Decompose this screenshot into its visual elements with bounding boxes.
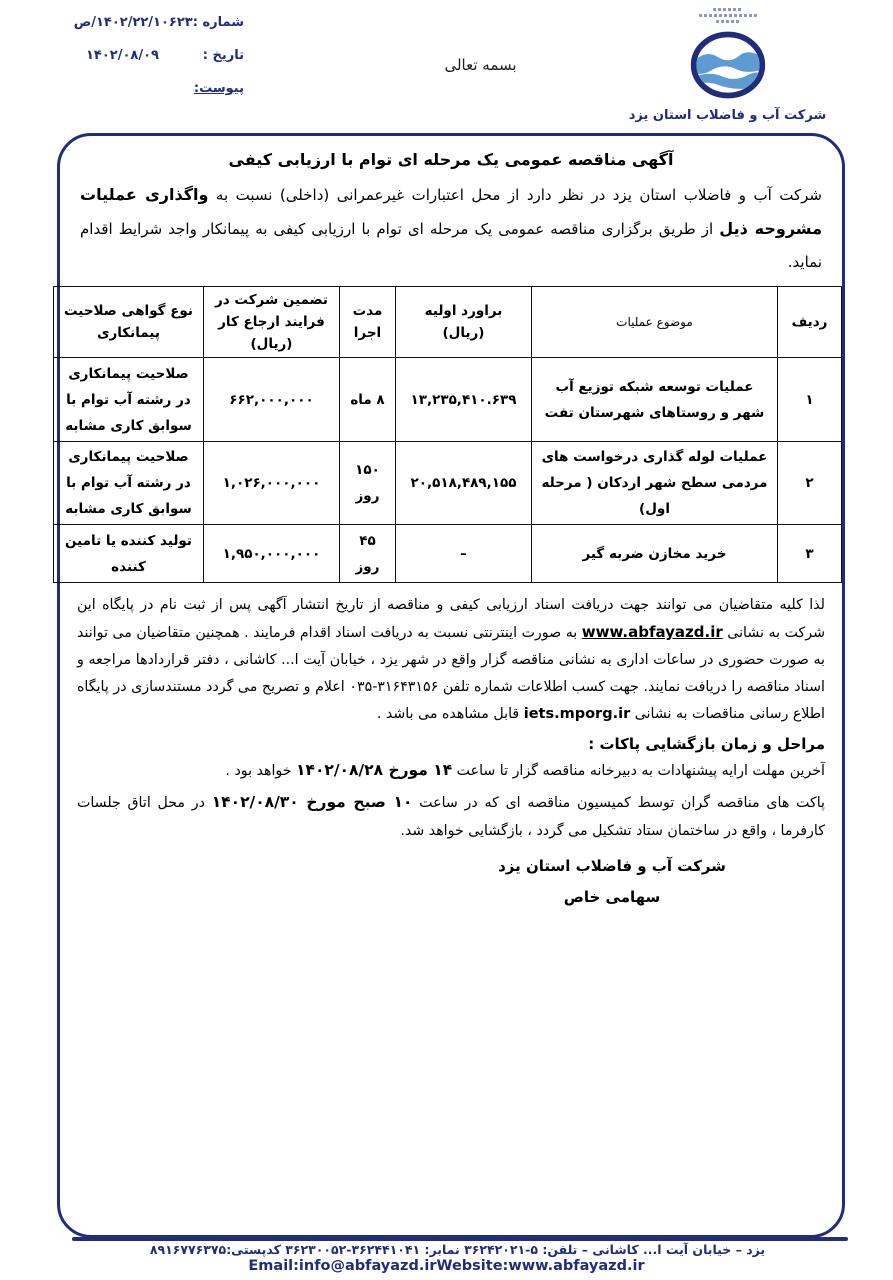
water-wave-logo-icon [680,24,776,106]
letter-number-value: ۱۴۰۲/۲۲/۱۰۶۲۳/ص [74,14,193,32]
letter-attachment-label: پیوست: [194,80,244,98]
cell-guarantee: ۶۶۲,۰۰۰,۰۰۰ [204,358,340,442]
letter-date-label: تاریخ : [203,47,244,65]
intro-paragraph: شرکت آب و فاضلاب استان یزد در نظر دارد ا… [80,178,822,279]
stages-heading: مراحل و زمان بازگشایی پاکات : [77,735,825,753]
company-logo: شرکت آب و فاضلاب استان یزد [640,6,815,123]
info-text-4: قابل مشاهده می باشد . [377,706,524,722]
cell-certificate: صلاحیت پیمانکاری در رشته آب توام با سواب… [54,358,204,442]
letterhead-meta: شماره : ۱۴۰۲/۲۲/۱۰۶۲۳/ص تاریخ : ۱۴۰۲/۰۸/… [86,14,244,113]
letter-number-label: شماره : [193,14,244,32]
cell-duration: ۸ ماه [340,358,396,442]
intro-text-before: شرکت آب و فاضلاب استان یزد در نظر دارد ا… [208,186,822,204]
logo-ministry-text-line [716,20,740,23]
table-header-row: ردیف موضوع عملیات براورد اولیه (ریال) مد… [54,287,842,358]
signature-company-type: سهامی خاص [487,882,737,913]
cell-duration: ۴۵ روز [340,525,396,583]
col-header-duration: مدت اجرا [340,287,396,358]
table-row: ۲ عملیات لوله گذاری درخواست های مردمی سط… [54,442,842,525]
logo-ministry-text-line [699,14,757,17]
signature-block: شرکت آب و فاضلاب استان یزد سهامی خاص [487,851,737,913]
cell-row-number: ۳ [778,525,842,583]
deadline-line: آخرین مهلت ارایه پیشنهادات به دبیرخانه م… [77,756,825,785]
col-header-estimate: براورد اولیه (ریال) [396,287,532,358]
deadline-datetime: ۱۴ مورخ ۱۴۰۲/۰۸/۲۸ [296,761,452,779]
cell-subject: عملیات توسعه شبکه توزیع آب شهر و روستاها… [532,358,778,442]
cell-guarantee: ۱,۰۲۶,۰۰۰,۰۰۰ [204,442,340,525]
tenders-portal-link[interactable]: iets.mporg.ir [524,706,630,722]
cell-row-number: ۱ [778,358,842,442]
tender-table: ردیف موضوع عملیات براورد اولیه (ریال) مد… [53,286,842,583]
besmele-text: بسمه تعالی [398,56,563,74]
cell-subject: خرید مخازن ضربه گیر [532,525,778,583]
notice-box: آگهی مناقصه عمومی یک مرحله ای توام با ار… [57,133,845,1238]
cell-certificate: تولید کننده یا تامین کننده [54,525,204,583]
cell-subject: عملیات لوله گذاری درخواست های مردمی سطح … [532,442,778,525]
cell-estimate: – [396,525,532,583]
cell-estimate: ۱۳,۲۳۵,۴۱۰.۶۳۹ [396,358,532,442]
letter-date-value: ۱۴۰۲/۰۸/۰۹ [86,47,159,65]
deadline-text-after: خواهد بود . [225,763,296,779]
cell-certificate: صلاحیت پیمانکاری در رشته آب توام با سواب… [54,442,204,525]
info-phone-number: ۰۳۵-۳۱۶۴۳۱۵۶ [349,679,438,695]
letter-date-row: تاریخ : ۱۴۰۲/۰۸/۰۹ [86,47,244,65]
opening-line: پاکت های مناقصه گران توسط کمیسیون مناقصه… [77,788,825,845]
intro-text-after: از طریق برگزاری مناقصه عمومی یک مرحله ای… [80,220,822,271]
company-name: شرکت آب و فاضلاب استان یزد [629,108,826,123]
cell-estimate: ۲۰,۵۱۸,۴۸۹,۱۵۵ [396,442,532,525]
opening-datetime: ۱۰ صبح مورخ ۱۴۰۲/۰۸/۳۰ [212,793,413,811]
opening-text-before: پاکت های مناقصه گران توسط کمیسیون مناقصه… [412,795,825,811]
cell-row-number: ۲ [778,442,842,525]
footer-address: یزد – خیابان آیت ا... کاشانی – تلفن: ۵-۳… [55,1242,860,1257]
letter-attachment-row: پیوست: [86,80,244,98]
col-header-certificate: نوع گواهی صلاحیت پیمانکاری [54,287,204,358]
company-website-link[interactable]: www.abfayazd.ir [582,623,723,641]
cell-duration: ۱۵۰ روز [340,442,396,525]
deadline-text-before: آخرین مهلت ارایه پیشنهادات به دبیرخانه م… [452,763,825,779]
signature-company: شرکت آب و فاضلاب استان یزد [487,851,737,882]
footer-divider [72,1237,848,1241]
col-header-row-number: ردیف [778,287,842,358]
col-header-subject: موضوع عملیات [532,287,778,358]
col-header-guarantee: تضمین شرکت در فرایند ارجاع کار (ریال) [204,287,340,358]
logo-ministry-text-line [713,8,743,11]
tender-document-page: { "letterhead": { "number_label": "شماره… [0,0,893,1280]
letter-number-row: شماره : ۱۴۰۲/۲۲/۱۰۶۲۳/ص [86,14,244,32]
notice-title: آگهی مناقصه عمومی یک مرحله ای توام با ار… [80,150,822,169]
info-paragraph: لذا کلیه متقاضیان می توانند جهت دریافت ا… [77,592,825,728]
table-row: ۳ خرید مخازن ضربه گیر – ۴۵ روز ۱,۹۵۰,۰۰۰… [54,525,842,583]
footer-email-website-link[interactable]: Email:info@abfayazd.irWebsite:www.abfaya… [0,1258,893,1274]
table-row: ۱ عملیات توسعه شبکه توزیع آب شهر و روستا… [54,358,842,442]
cell-guarantee: ۱,۹۵۰,۰۰۰,۰۰۰ [204,525,340,583]
